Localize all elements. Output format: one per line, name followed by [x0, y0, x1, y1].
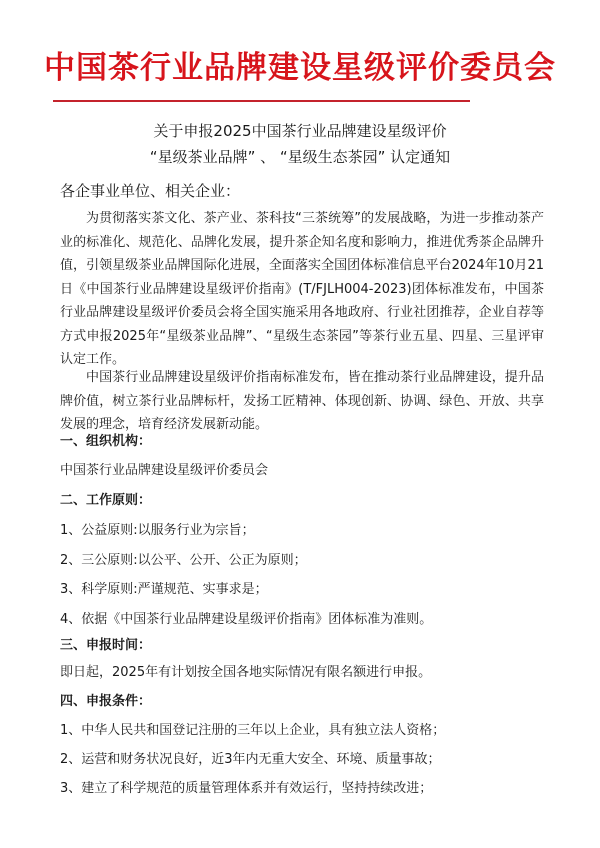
- condition-item: 1、中华人民共和国登记注册的三年以上企业，具有独立法人资格；: [60, 721, 445, 741]
- section-heading-principles: 二、工作原则：: [60, 491, 151, 511]
- principle-item: 3、科学原则:严谨规范、实事求是；: [60, 580, 268, 600]
- notice-title: 关于申报2025中国茶行业品牌建设星级评价 “星级茶业品牌” 、 “星级生态茶园…: [0, 118, 600, 170]
- section-heading-application-time: 三、申报时间：: [60, 636, 151, 656]
- principle-item: 2、三公原则:以公平、公开、公正为原则；: [60, 551, 307, 571]
- notice-title-line2: “星级茶业品牌” 、 “星级生态茶园” 认定通知: [0, 144, 600, 170]
- condition-item: 2、运营和财务状况良好，近3年内无重大安全、环境、质量事故；: [60, 750, 441, 770]
- intro-paragraph: 为贯彻落实茶文化、茶产业、茶科技“三茶统筹”的发展战略，为进一步推动茶产业的标准…: [60, 207, 544, 372]
- section-heading-conditions: 四、申报条件：: [60, 692, 151, 712]
- notice-title-line1: 关于申报2025中国茶行业品牌建设星级评价: [0, 118, 600, 144]
- purpose-paragraph: 中国茶行业品牌建设星级评价指南标准发布，皆在推动茶行业品牌建设，提升品牌价值，树…: [60, 366, 544, 437]
- section-heading-organization: 一、组织机构：: [60, 432, 151, 452]
- application-time-text: 即日起，2025年有计划按全国各地实际情况有限名额进行申报。: [60, 663, 431, 683]
- principle-item: 1、公益原则:以服务行业为宗旨；: [60, 521, 255, 541]
- organization-name: 中国茶行业品牌建设星级评价委员会: [60, 461, 268, 481]
- org-title: 中国茶行业品牌建设星级评价委员会: [0, 48, 600, 88]
- principle-item: 4、依据《中国茶行业品牌建设星级评价指南》团体标准为准则。: [60, 610, 432, 630]
- condition-item: 3、建立了科学规范的质量管理体系并有效运行，坚持持续改进；: [60, 779, 432, 799]
- salutation: 各企事业单位、相关企业：: [60, 180, 240, 202]
- title-divider: [53, 100, 470, 102]
